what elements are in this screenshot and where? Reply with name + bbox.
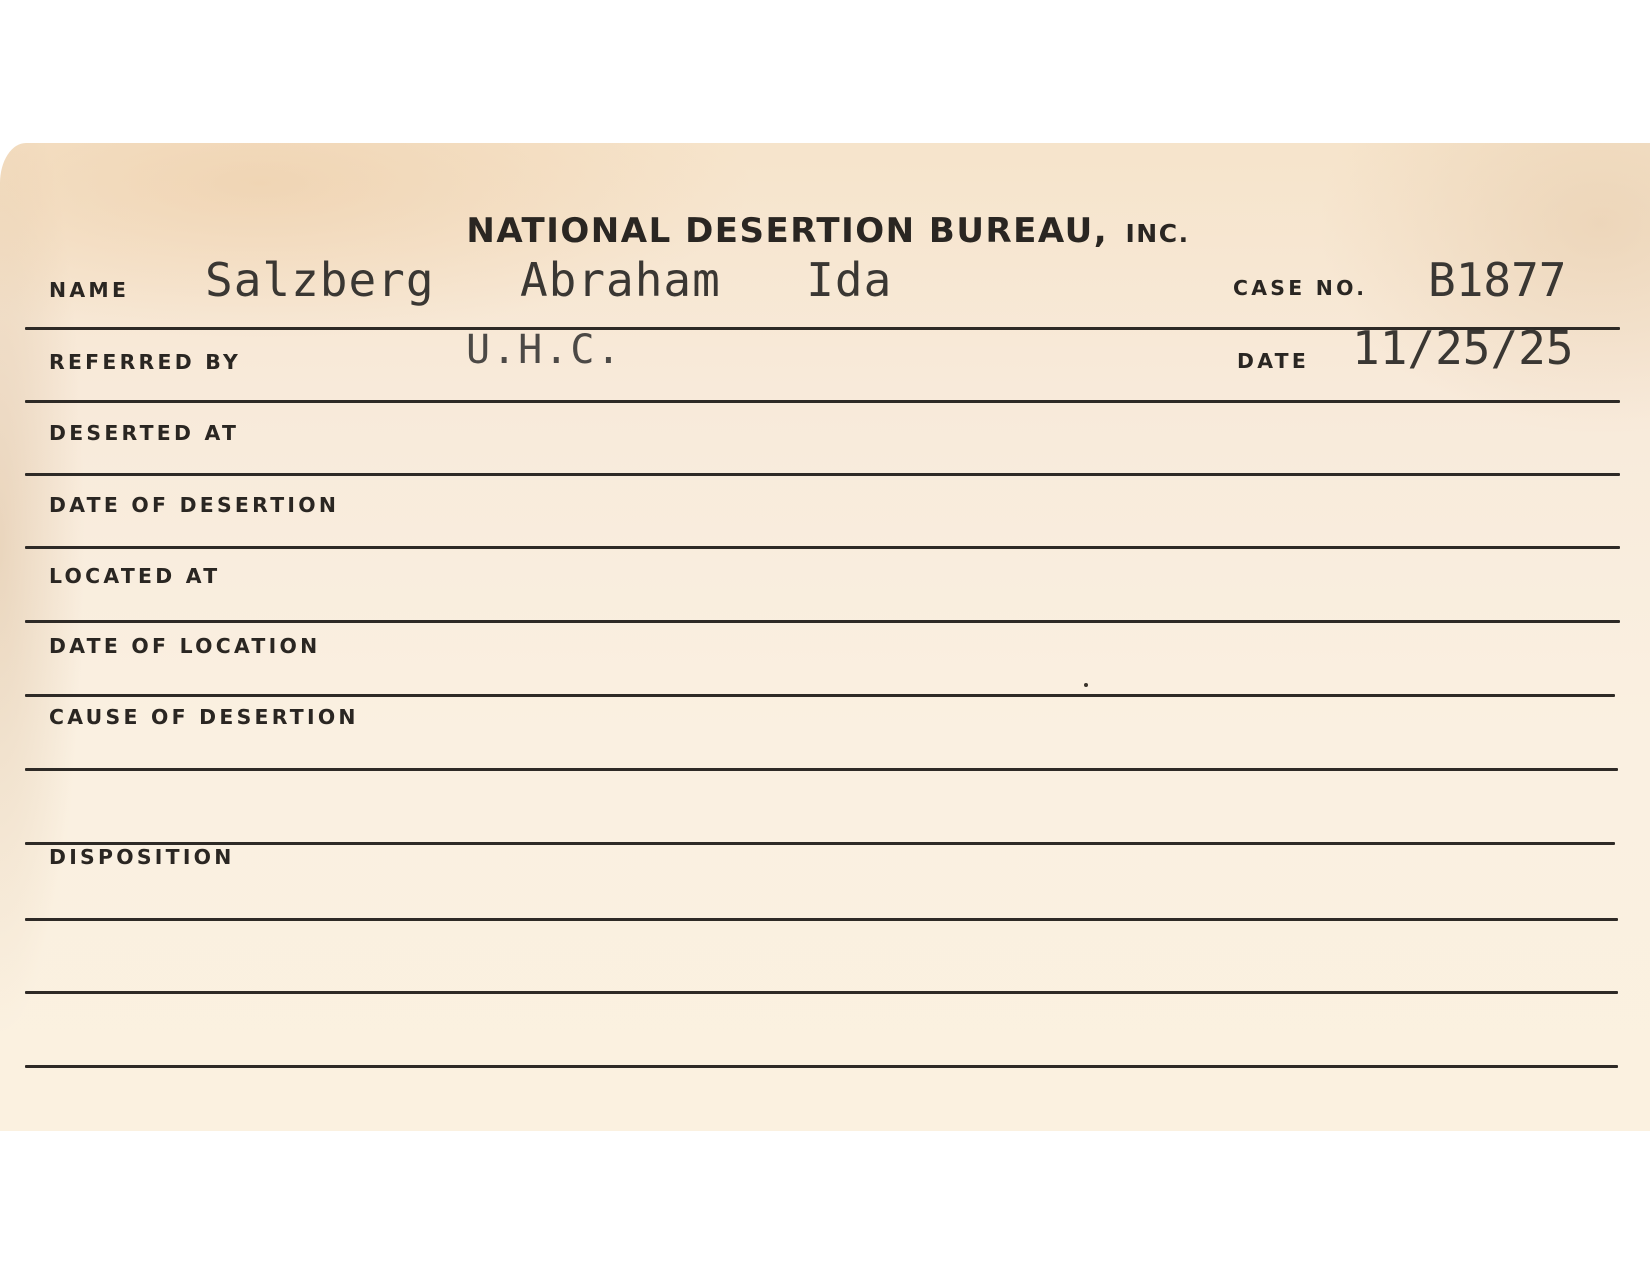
referred-by-label: REFERRED BY	[49, 350, 241, 374]
deserted-at-label: DESERTED AT	[49, 421, 239, 445]
referred-by-value: U.H.C.	[466, 327, 623, 373]
name-label: NAME	[49, 278, 129, 302]
index-card: NATIONAL DESERTION BUREAU, INC. NAME Sal…	[0, 143, 1650, 1131]
card-heading: NATIONAL DESERTION BUREAU, INC.	[0, 211, 1650, 251]
date-value: 11/25/25	[1352, 321, 1574, 375]
disposition-line-1	[25, 918, 1618, 921]
case-no-value: B1877	[1428, 253, 1566, 307]
disposition-line-3	[25, 1065, 1618, 1068]
located-at-label: LOCATED AT	[49, 564, 220, 588]
located-at-line	[25, 620, 1620, 623]
cause-of-desertion-line-2	[25, 842, 1615, 845]
case-no-label: CASE NO.	[1233, 276, 1367, 300]
name-value: Salzberg Abraham Ida	[205, 253, 892, 307]
date-label: DATE	[1237, 349, 1309, 373]
bureau-title-suffix: INC.	[1126, 219, 1190, 248]
date-of-location-label: DATE OF LOCATION	[49, 634, 320, 658]
date-of-location-line	[25, 694, 1615, 697]
referred-by-line	[25, 400, 1620, 403]
date-of-desertion-line	[25, 546, 1620, 549]
bureau-title: NATIONAL DESERTION BUREAU,	[466, 211, 1108, 251]
date-of-desertion-label: DATE OF DESERTION	[49, 493, 339, 517]
cause-of-desertion-label: CAUSE OF DESERTION	[49, 705, 359, 729]
cause-of-desertion-line-1	[25, 768, 1618, 771]
deserted-at-line	[25, 473, 1620, 476]
disposition-label: DISPOSITION	[49, 845, 235, 869]
ink-speck	[1084, 683, 1088, 687]
disposition-line-2	[25, 991, 1618, 994]
